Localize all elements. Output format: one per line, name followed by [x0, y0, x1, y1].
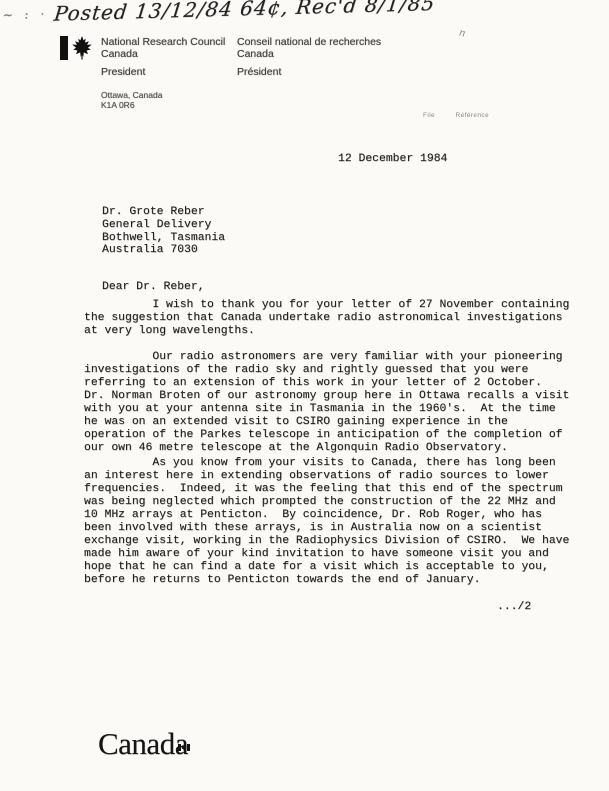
office-address: Ottawa, Canada K1A 0R6 — [101, 91, 162, 110]
handwritten-postal-note: ~ : ·Posted 13/12/84 64¢, Rec'd 8/1/85 — [1, 0, 424, 27]
body-paragraph-2: Our radio astronomers are very familiar … — [84, 351, 569, 455]
salutation: Dear Dr. Reber, — [102, 281, 205, 294]
canada-wordmark: Canada — [98, 726, 188, 762]
handwritten-note-text: Posted 13/12/84 64¢, Rec'd 8/1/85 — [53, 0, 437, 26]
body-paragraph-3: As you know from your visits to Canada, … — [84, 457, 569, 587]
page-continuation-mark: .../2 — [497, 601, 531, 614]
scanned-letter-page: ~ : ·Posted 13/12/84 64¢, Rec'd 8/1/85 n… — [0, 0, 609, 791]
letter-date: 12 December 1984 — [338, 153, 447, 166]
file-reference-label: File Référence — [423, 110, 489, 122]
recipient-address-block: Dr. Grote Reber General Delivery Bothwel… — [102, 206, 225, 257]
margin-pen-marks: ~ : · — [2, 7, 49, 22]
canada-flag-icon — [60, 36, 94, 65]
office-title-english: President — [101, 66, 145, 78]
org-name-french: Conseil national de recherches Canada — [237, 36, 381, 60]
body-paragraph-1: I wish to thank you for your letter of 2… — [84, 299, 569, 338]
stray-pen-mark: n — [458, 27, 467, 39]
wordmark-flag-icon — [178, 723, 190, 759]
office-title-french: Président — [237, 66, 281, 78]
canada-wordmark-text: Canada — [98, 726, 188, 761]
org-name-english: National Research Council Canada — [101, 36, 225, 60]
